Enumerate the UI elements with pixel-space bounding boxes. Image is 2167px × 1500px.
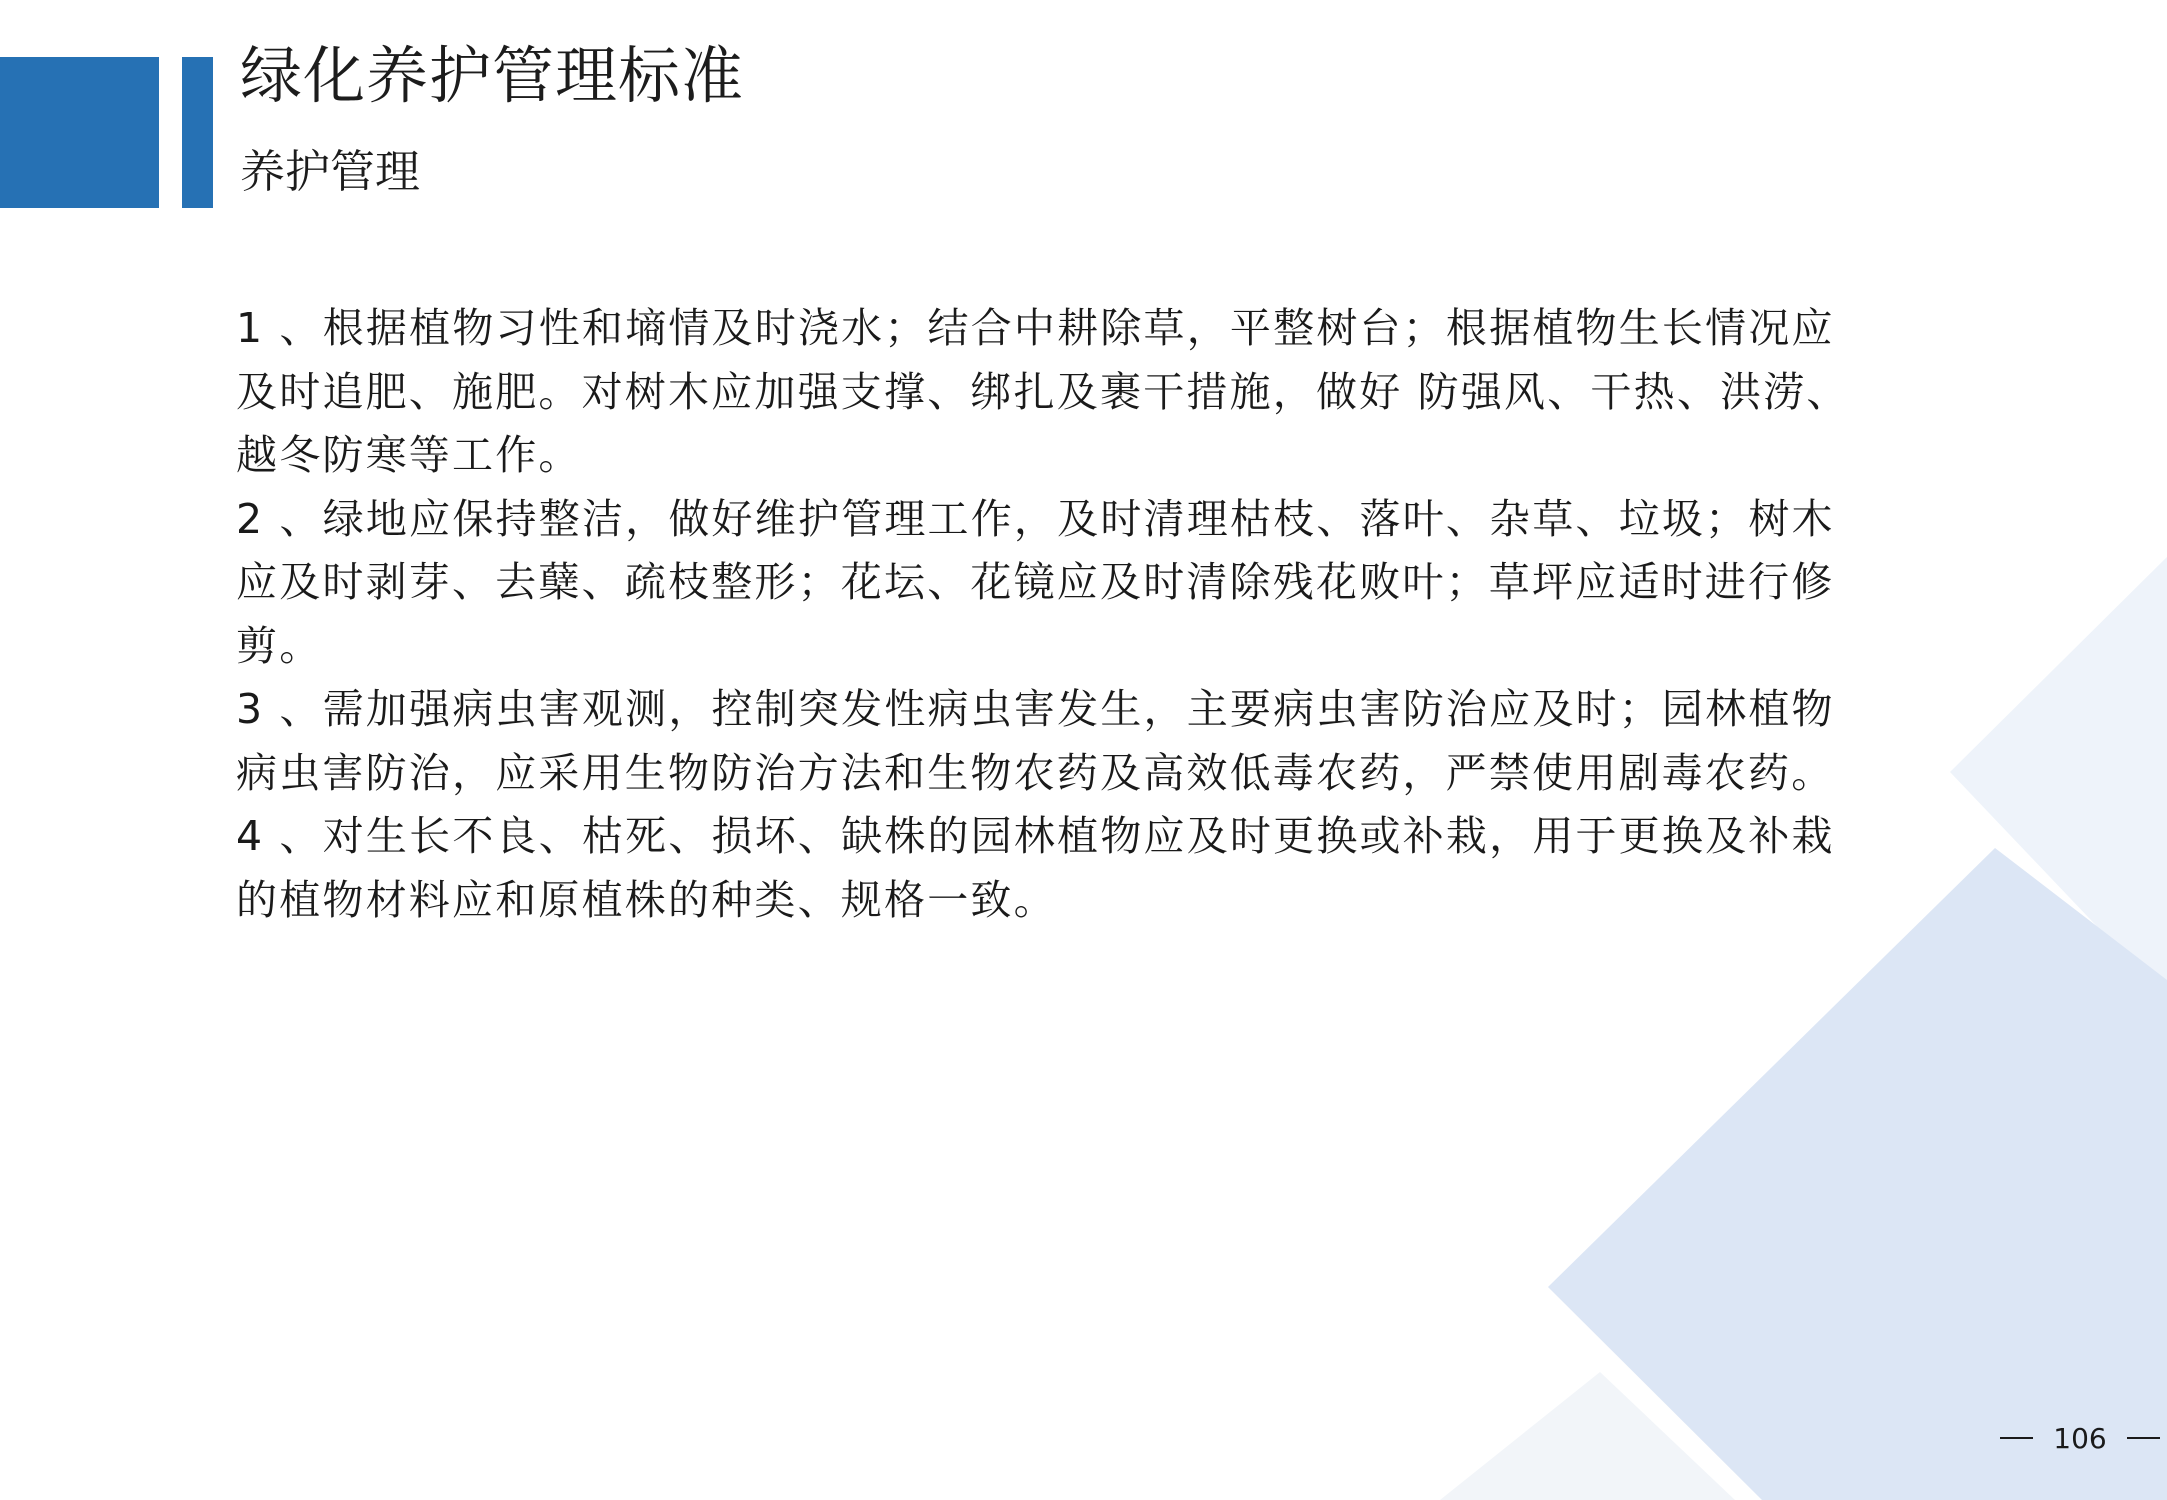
blue-diamond-shape — [1548, 848, 2167, 1500]
dash-right-icon — [2127, 1437, 2160, 1439]
list-item-1: 1 、根据植物习性和墒情及时浇水；结合中耕除草，平整树台；根据植物生长情况应 及… — [236, 297, 1886, 488]
text-line: 的植物材料应和原植株的种类、规格一致。 — [236, 869, 1886, 933]
list-item-3: 3 、需加强病虫害观测，控制突发性病虫害发生，主要病虫害防治应及时；园林植物 病… — [236, 678, 1886, 805]
accent-block-thin — [182, 57, 213, 208]
text-line: 应及时剥芽、去蘖、疏枝整形；花坛、花镜应及时清除残花败叶；草坪应适时进行修 — [236, 551, 1886, 615]
page-number-value: 106 — [2053, 1422, 2106, 1455]
text-line: 剪。 — [236, 615, 1886, 679]
text-line: 及时追肥、施肥。对树木应加强支撑、绑扎及裹干措施，做好 防强风、干热、洪涝、 — [236, 361, 1886, 425]
dash-left-icon — [2000, 1437, 2033, 1439]
page-number: 106 — [2000, 1418, 2160, 1458]
list-item-2: 2 、绿地应保持整洁，做好维护管理工作，及时清理枯枝、落叶、杂草、垃圾；树木 应… — [236, 488, 1886, 679]
text-line: 4 、对生长不良、枯死、损坏、缺株的园林植物应及时更换或补栽，用于更换及补栽 — [236, 805, 1886, 869]
standards-list: 1 、根据植物习性和墒情及时浇水；结合中耕除草，平整树台；根据植物生长情况应 及… — [236, 297, 1886, 932]
text-line: 病虫害防治，应采用生物防治方法和生物农药及高效低毒农药，严禁使用剧毒农药。 — [236, 742, 1886, 806]
section-subtitle: 养护管理 — [240, 140, 420, 204]
accent-block-large — [0, 57, 159, 208]
text-line: 越冬防寒等工作。 — [236, 424, 1886, 488]
text-line: 3 、需加强病虫害观测，控制突发性病虫害发生，主要病虫害防治应及时；园林植物 — [236, 678, 1886, 742]
text-line: 1 、根据植物习性和墒情及时浇水；结合中耕除草，平整树台；根据植物生长情况应 — [236, 297, 1886, 361]
page-title: 绿化养护管理标准 — [240, 36, 744, 116]
list-item-4: 4 、对生长不良、枯死、损坏、缺株的园林植物应及时更换或补栽，用于更换及补栽 的… — [236, 805, 1886, 932]
text-line: 2 、绿地应保持整洁，做好维护管理工作，及时清理枯枝、落叶、杂草、垃圾；树木 — [236, 488, 1886, 552]
